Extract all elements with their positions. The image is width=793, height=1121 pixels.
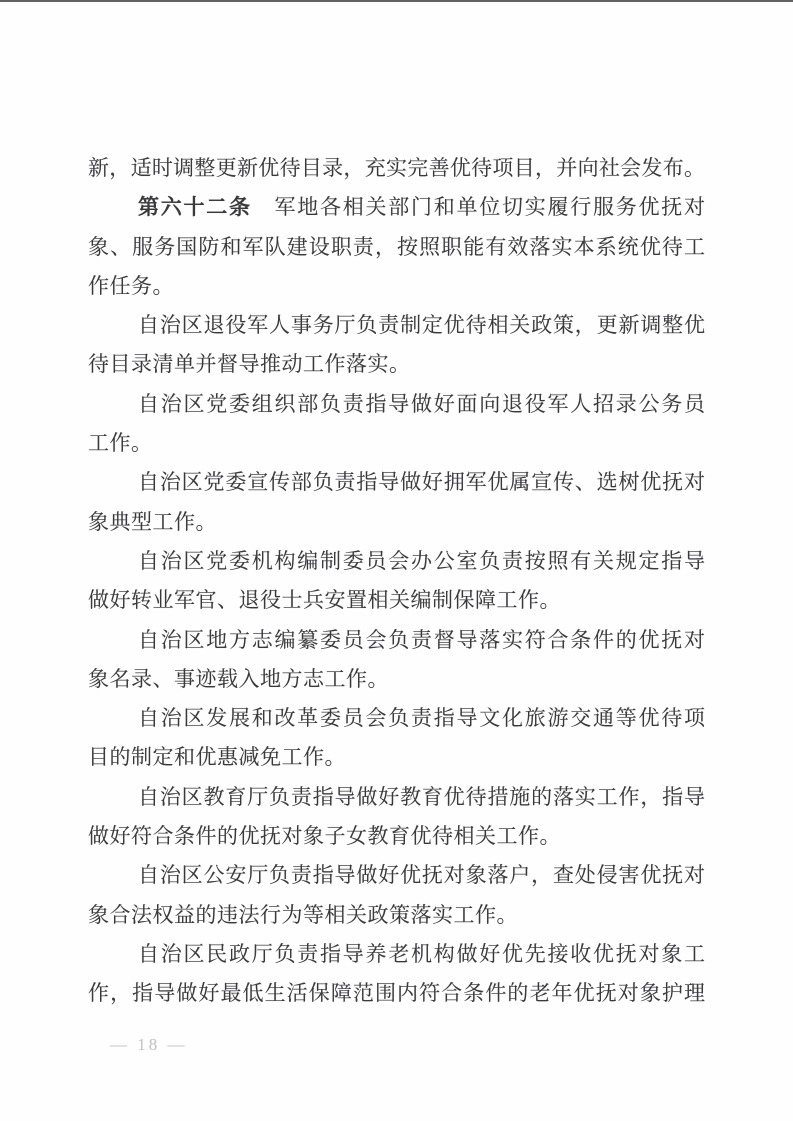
text-line: 自治区退役军人事务厅负责制定优待相关政策，更新调整优 [88,306,705,345]
text-line: 自治区发展和改革委员会负责指导文化旅游交通等优待项 [88,699,705,738]
line-text: 自治区公安厅负责指导做好优抚对象落户，查处侵害优抚对 [138,863,705,887]
line-text: 作，指导做好最低生活保障范围内符合条件的老年优抚对象护理 [88,981,705,1005]
article-number: 第六十二条 [138,195,275,219]
text-line: 象典型工作。 [88,503,705,542]
text-line: 自治区地方志编纂委员会负责督导落实符合条件的优抚对 [88,621,705,660]
text-line: 象名录、事迹载入地方志工作。 [88,660,705,699]
text-line: 作，指导做好最低生活保障范围内符合条件的老年优抚对象护理 [88,974,705,1013]
line-text: 待目录清单并督导推动工作落实。 [88,352,411,376]
text-line: 自治区党委宣传部负责指导做好拥军优属宣传、选树优抚对 [88,463,705,502]
text-line: 目的制定和优惠减免工作。 [88,738,705,777]
text-line: 新，适时调整更新优待目录，充实完善优待项目，并向社会发布。 [88,149,705,188]
line-text: 象、服务国防和军队建设职责，按照职能有效落实本系统优待工 [88,235,705,259]
text-line: 象合法权益的违法行为等相关政策落实工作。 [88,896,705,935]
text-line: 做好转业军官、退役士兵安置相关编制保障工作。 [88,581,705,620]
line-text: 做好符合条件的优抚对象子女教育优待相关工作。 [88,824,561,848]
text-line: 象、服务国防和军队建设职责，按照职能有效落实本系统优待工 [88,228,705,267]
scan-edge-artifact [0,0,793,2]
document-body: 新，适时调整更新优待目录，充实完善优待项目，并向社会发布。第六十二条 军地各相关… [88,149,705,1014]
text-line: 自治区公安厅负责指导做好优抚对象落户，查处侵害优抚对 [88,856,705,895]
page-number: — 18 — [110,1035,188,1055]
line-text: 目的制定和优惠减免工作。 [88,745,346,769]
text-line: 自治区党委组织部负责指导做好面向退役军人招录公务员 [88,385,705,424]
document-page: 新，适时调整更新优待目录，充实完善优待项目，并向社会发布。第六十二条 军地各相关… [0,0,793,1121]
line-text: 象名录、事迹载入地方志工作。 [88,667,389,691]
line-text: 自治区党委组织部负责指导做好面向退役军人招录公务员 [138,392,705,416]
line-text: 自治区党委宣传部负责指导做好拥军优属宣传、选树优抚对 [138,470,705,494]
text-line: 作任务。 [88,267,705,306]
text-line: 自治区民政厅负责指导养老机构做好优先接收优抚对象工 [88,935,705,974]
line-text: 自治区党委机构编制委员会办公室负责按照有关规定指导 [138,549,705,573]
line-text: 军地各相关部门和单位切实履行服务优抚对 [275,195,706,219]
line-text: 作任务。 [88,274,174,298]
text-line: 待目录清单并督导推动工作落实。 [88,345,705,384]
line-text: 做好转业军官、退役士兵安置相关编制保障工作。 [88,588,561,612]
text-line: 工作。 [88,424,705,463]
text-line: 自治区党委机构编制委员会办公室负责按照有关规定指导 [88,542,705,581]
line-text: 自治区教育厅负责指导做好教育优待措施的落实工作，指导 [138,785,705,809]
line-text: 象典型工作。 [88,510,217,534]
text-line: 自治区教育厅负责指导做好教育优待措施的落实工作，指导 [88,778,705,817]
line-text: 工作。 [88,431,153,455]
text-line: 做好符合条件的优抚对象子女教育优待相关工作。 [88,817,705,856]
line-text: 新，适时调整更新优待目录，充实完善优待项目，并向社会发布。 [88,156,705,180]
line-text: 自治区退役军人事务厅负责制定优待相关政策，更新调整优 [138,313,705,337]
line-text: 象合法权益的违法行为等相关政策落实工作。 [88,903,518,927]
line-text: 自治区地方志编纂委员会负责督导落实符合条件的优抚对 [138,628,705,652]
line-text: 自治区民政厅负责指导养老机构做好优先接收优抚对象工 [138,942,705,966]
text-line: 第六十二条 军地各相关部门和单位切实履行服务优抚对 [88,188,705,227]
line-text: 自治区发展和改革委员会负责指导文化旅游交通等优待项 [138,706,705,730]
